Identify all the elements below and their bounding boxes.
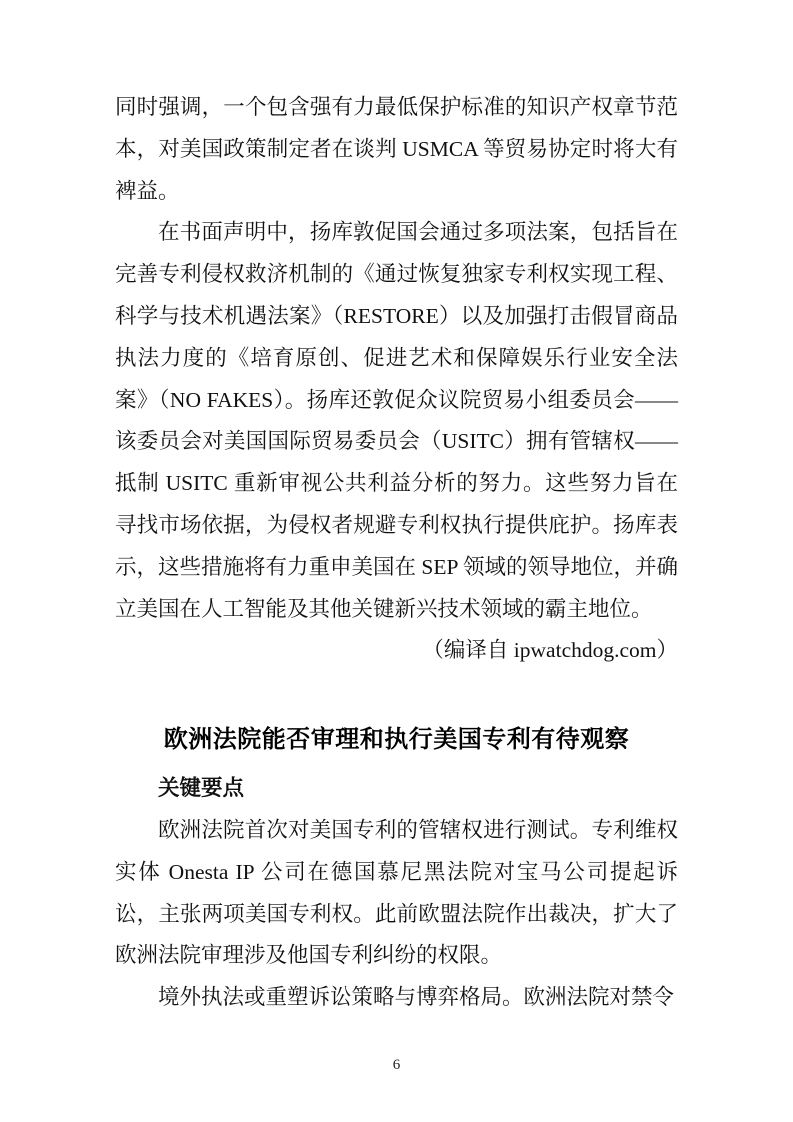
paragraph: 境外执法或重塑诉讼策略与博弈格局。欧洲法院对禁令 [115, 977, 678, 1019]
document-page: 同时强调，一个包含强有力最低保护标准的知识产权章节范本，对美国政策制定者在谈判 … [0, 0, 793, 1122]
section-title: 欧洲法院能否审理和执行美国专利有待观察 [115, 718, 678, 762]
article-source-attribution: （编译自 ipwatchdog.com） [115, 630, 678, 672]
page-content: 同时强调，一个包含强有力最低保护标准的知识产权章节范本，对美国政策制定者在谈判 … [115, 87, 678, 1019]
paragraph: 在书面声明中，扬库敦促国会通过多项法案，包括旨在完善专利侵权救济机制的《通过恢复… [115, 212, 678, 630]
section-subheading: 关键要点 [115, 768, 678, 810]
page-number: 6 [0, 1056, 793, 1074]
paragraph: 欧洲法院首次对美国专利的管辖权进行测试。专利维权实体 Onesta IP 公司在… [115, 810, 678, 977]
paragraph-continuation: 同时强调，一个包含强有力最低保护标准的知识产权章节范本，对美国政策制定者在谈判 … [115, 87, 678, 212]
